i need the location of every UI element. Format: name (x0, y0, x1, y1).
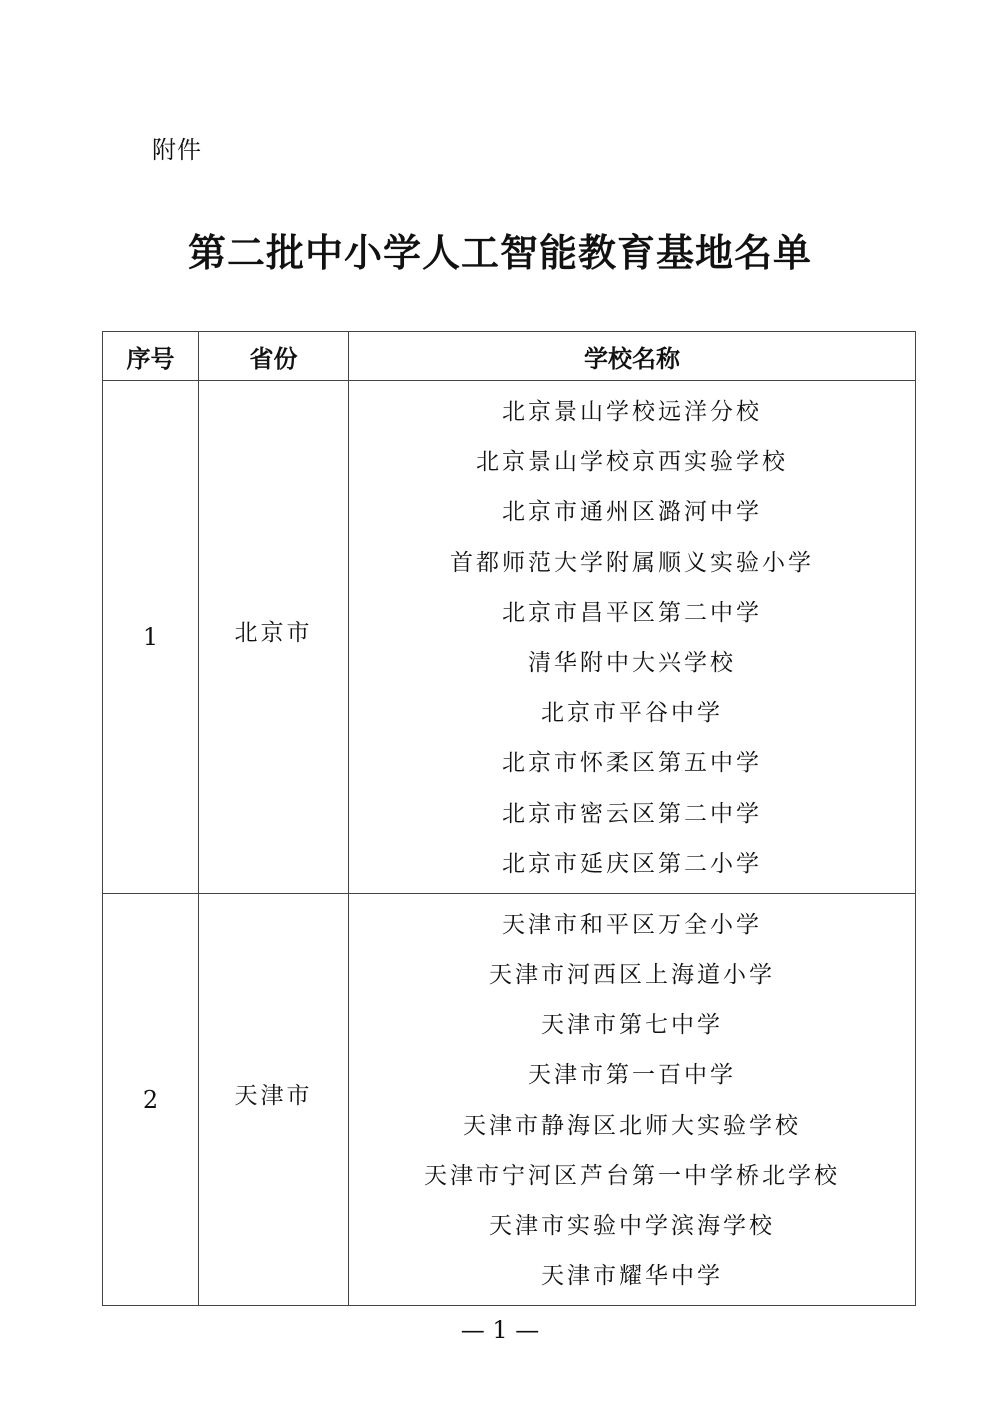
header-school-name: 学校名称 (349, 332, 916, 381)
table-row-tianjin: 2 天津市 天津市和平区万全小学 天津市河西区上海道小学 天津市第七中学 天津市… (103, 893, 916, 1306)
row-index: 2 (103, 893, 199, 1306)
province-name: 北京市 (235, 620, 313, 646)
school-name: 北京景山学校远洋分校 (349, 387, 915, 437)
row-province: 北京市 (199, 381, 349, 894)
school-name: 天津市和平区万全小学 (349, 900, 915, 950)
header-index: 序号 (103, 332, 199, 381)
document-title: 第二批中小学人工智能教育基地名单 (0, 222, 1000, 277)
school-name: 清华附中大兴学校 (349, 638, 915, 688)
school-name: 北京市通州区潞河中学 (349, 487, 915, 537)
school-name: 北京市密云区第二中学 (349, 789, 915, 839)
school-name: 天津市静海区北师大实验学校 (349, 1101, 915, 1151)
school-name: 天津市第一百中学 (349, 1050, 915, 1100)
school-name: 北京市昌平区第二中学 (349, 588, 915, 638)
school-name: 北京市延庆区第二小学 (349, 839, 915, 889)
header-province: 省份 (199, 332, 349, 381)
school-name: 天津市宁河区芦台第一中学桥北学校 (349, 1151, 915, 1201)
school-name: 天津市耀华中学 (349, 1251, 915, 1301)
attachment-label: 附件 (152, 130, 202, 165)
school-name: 天津市实验中学滨海学校 (349, 1201, 915, 1251)
school-name: 北京市怀柔区第五中学 (349, 738, 915, 788)
school-list-table: 序号 省份 学校名称 1 北京市 北京景山学校远洋分校 北京景山学校京西实验学校… (102, 331, 916, 1306)
school-name: 北京景山学校京西实验学校 (349, 437, 915, 487)
school-name: 天津市河西区上海道小学 (349, 950, 915, 1000)
table-header-row: 序号 省份 学校名称 (103, 332, 916, 381)
page-number: — 1 — (0, 1316, 1000, 1344)
row-schools: 北京景山学校远洋分校 北京景山学校京西实验学校 北京市通州区潞河中学 首都师范大… (349, 381, 916, 894)
school-name: 首都师范大学附属顺义实验小学 (349, 538, 915, 588)
row-index: 1 (103, 381, 199, 894)
province-name: 天津市 (235, 1083, 313, 1109)
row-schools: 天津市和平区万全小学 天津市河西区上海道小学 天津市第七中学 天津市第一百中学 … (349, 893, 916, 1306)
school-name: 天津市第七中学 (349, 1000, 915, 1050)
table-row-beijing: 1 北京市 北京景山学校远洋分校 北京景山学校京西实验学校 北京市通州区潞河中学… (103, 381, 916, 894)
row-province: 天津市 (199, 893, 349, 1306)
school-name: 北京市平谷中学 (349, 688, 915, 738)
